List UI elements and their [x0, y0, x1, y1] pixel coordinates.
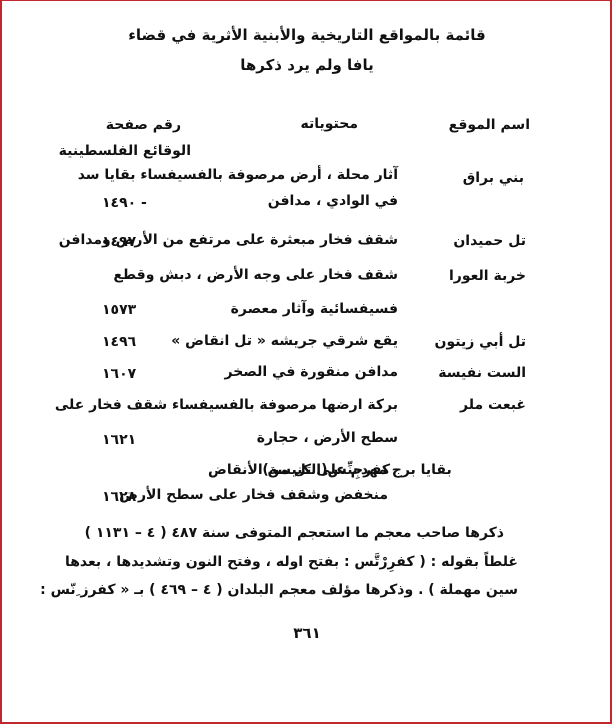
column-header-site-name: اسم الموقع: [449, 117, 530, 133]
note-line: ذكرها صاحب معجم ما استعجم المتوفى سنة ٤٨…: [96, 525, 504, 541]
site-contents: مدافن منقورة في الصخر: [225, 364, 398, 380]
page-ref: ١٦٠٧: [102, 366, 136, 382]
page-border: [0, 0, 612, 724]
column-header-page-number-source: الوقائع الفلسطينية: [59, 143, 191, 159]
column-header-page-number: رقم صفحة: [106, 117, 181, 133]
site-contents: بركة ارضها مرصوفة بالفسيفساء شقف فخار عل…: [55, 397, 398, 413]
site-name: تل حميدان: [453, 233, 526, 249]
site-name: الست نفيسة: [438, 365, 526, 381]
page-number: ٣٦١: [0, 624, 614, 642]
site-name: تل أبي زيتون: [435, 334, 526, 350]
page-ref: ١٤٩٠ -: [102, 195, 147, 211]
site-name: غبعت ملر: [460, 397, 526, 413]
page-ref: ١٤٩٦: [102, 334, 136, 350]
page-ref: ١٤٩٧: [102, 234, 136, 250]
page-ref: ١٦٢١: [102, 432, 136, 448]
site-contents: في الوادي ، مدافن: [268, 193, 398, 209]
site-contents: آثار محلة ، أرض مرصوفة بالفسيفساء بقايا …: [78, 167, 398, 183]
site-name: خربة العورا: [449, 268, 526, 284]
site-contents: سطح الأرض ، حجارة: [257, 430, 398, 446]
site-name: بني براق: [463, 170, 524, 186]
page-ref: ١٦٢٨: [102, 489, 136, 505]
site-contents: يقع شرقي جريشه « تل انقاض »: [171, 333, 398, 349]
page-title-line-1: قائمة بالمواقع التاريخية والأبنية الأثري…: [0, 26, 614, 44]
site-contents: شقف فخار على وجه الأرض ، دبش وقطع: [113, 267, 398, 283]
site-contents: فسيفسائية وآثار معصرة: [231, 301, 398, 317]
column-header-contents: محتوياته: [300, 116, 358, 132]
page-title-line-2: يافا ولم يرد ذكرها: [0, 56, 614, 74]
site-contents: منخفض وشقف فخار على سطح الأرض: [119, 487, 388, 503]
note-line: غلطاً بقوله : ( كفرِرْتَّس : بفتح اوله ،…: [96, 554, 518, 570]
note-line: سين مهملة ) . وذكرها مؤلف معجم البلدان (…: [96, 582, 518, 598]
page-ref: ١٥٧٣: [102, 302, 136, 318]
site-contents: بقايا برج مهدم على تل من الأنقاض: [208, 462, 452, 478]
